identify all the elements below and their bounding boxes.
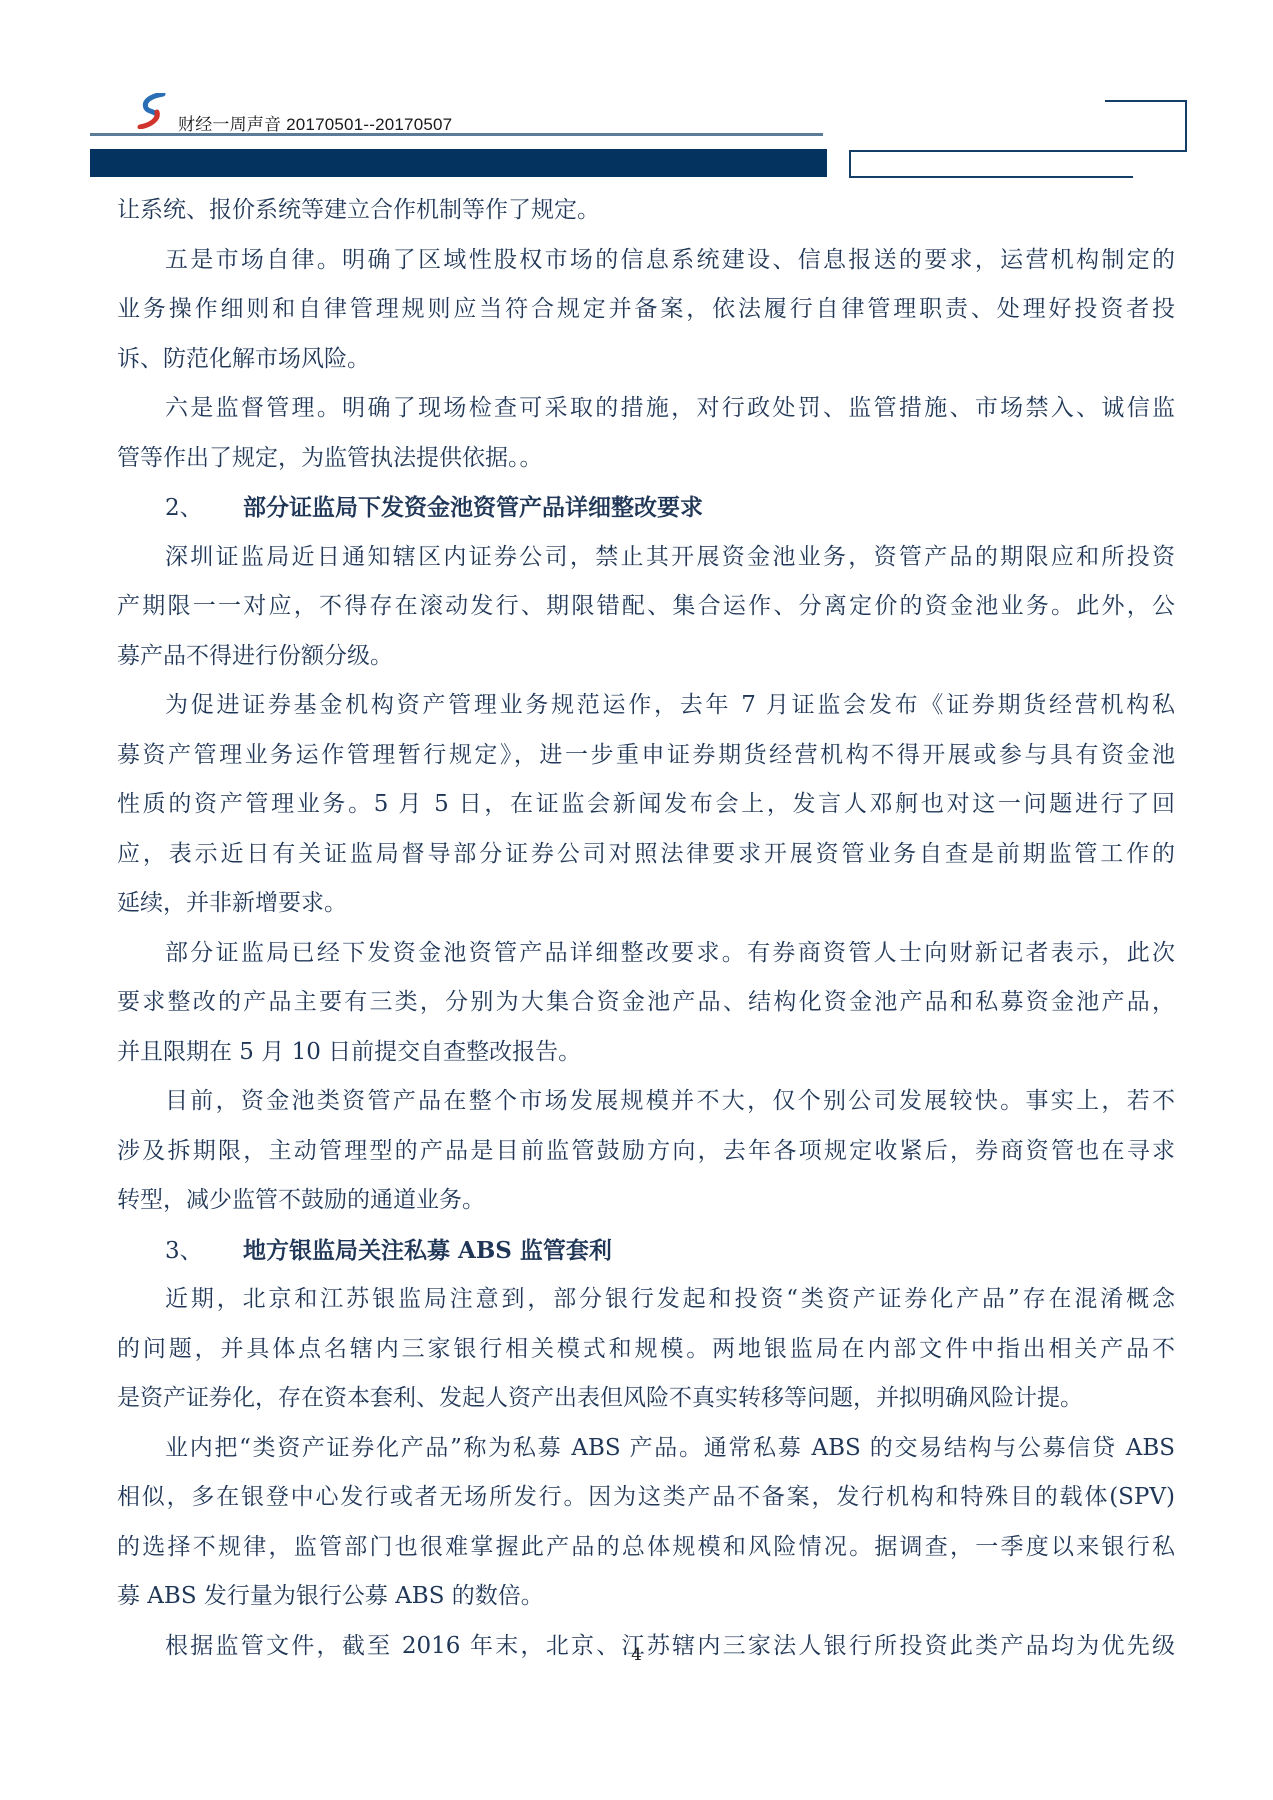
text-line: 产期限一一对应，不得存在滚动发行、期限错配、集合运作、分离定价的资金池业务。此外…	[117, 582, 1175, 632]
paragraph: 部分证监局已经下发资金池资管产品详细整改要求。有券商资管人士向财新记者表示，此次…	[117, 929, 1175, 1078]
section-heading: 2、部分证监局下发资金池资管产品详细整改要求	[117, 483, 1175, 533]
header-thin-rule	[90, 133, 823, 136]
document-body: 让系统、报价系统等建立合作机制等作了规定。五是市场自律。明确了区域性股权市场的信…	[117, 186, 1175, 1671]
text-line: 性质的资产管理业务。5 月 5 日，在证监会新闻发布会上，发言人邓舸也对这一问题…	[117, 780, 1175, 830]
header-bracket-decoration-top	[1105, 100, 1187, 152]
text-line: 是资产证券化，存在资本套利、发起人资产出表但风险不真实转移等问题，并拟明确风险计…	[117, 1374, 1175, 1424]
text-line: 六是监督管理。明确了现场检查可采取的措施，对行政处罚、监管措施、市场禁入、诚信监	[117, 384, 1175, 434]
text-line: 募产品不得进行份额分级。	[117, 632, 1175, 682]
header-title: 财经一周声音 20170501--20170507	[178, 110, 452, 135]
text-line: 涉及拆期限，主动管理型的产品是目前监管鼓励方向，去年各项规定收紧后，券商资管也在…	[117, 1127, 1175, 1177]
text-line: 的问题，并具体点名辖内三家银行相关模式和规模。两地银监局在内部文件中指出相关产品…	[117, 1325, 1175, 1375]
text-line: 募资产管理业务运作管理暂行规定》，进一步重申证券期货经营机构不得开展或参与具有资…	[117, 731, 1175, 781]
page-header: 财经一周声音 20170501--20170507	[0, 0, 1273, 190]
text-line: 管等作出了规定，为监管执法提供依据。。	[117, 434, 1175, 484]
text-line: 的选择不规律，监管部门也很难掌握此产品的总体规模和风险情况。据调查，一季度以来银…	[117, 1523, 1175, 1573]
text-line: 延续，并非新增要求。	[117, 879, 1175, 929]
text-line: 目前，资金池类资管产品在整个市场发展规模并不大，仅个别公司发展较快。事实上，若不	[117, 1077, 1175, 1127]
section-number: 3、	[165, 1227, 243, 1277]
text-line: 近期，北京和江苏银监局注意到，部分银行发起和投资“类资产证券化产品”存在混淆概念	[117, 1275, 1175, 1325]
text-line: 业务操作细则和自律管理规则应当符合规定并备案，依法履行自律管理职责、处理好投资者…	[117, 285, 1175, 335]
paragraph: 目前，资金池类资管产品在整个市场发展规模并不大，仅个别公司发展较快。事实上，若不…	[117, 1077, 1175, 1226]
paragraph: 近期，北京和江苏银监局注意到，部分银行发起和投资“类资产证券化产品”存在混淆概念…	[117, 1275, 1175, 1424]
paragraph: 让系统、报价系统等建立合作机制等作了规定。	[117, 186, 1175, 236]
text-line: 部分证监局已经下发资金池资管产品详细整改要求。有券商资管人士向财新记者表示，此次	[117, 929, 1175, 979]
text-line: 业内把“类资产证券化产品”称为私募 ABS 产品。通常私募 ABS 的交易结构与…	[117, 1424, 1175, 1474]
text-line: 相似，多在银登中心发行或者无场所发行。因为这类产品不备案，发行机构和特殊目的载体…	[117, 1473, 1175, 1523]
text-line: 并且限期在 5 月 10 日前提交自查整改报告。	[117, 1028, 1175, 1078]
text-line: 要求整改的产品主要有三类，分别为大集合资金池产品、结构化资金池产品和私募资金池产…	[117, 978, 1175, 1028]
header-thick-bar	[90, 149, 827, 177]
paragraph: 业内把“类资产证券化产品”称为私募 ABS 产品。通常私募 ABS 的交易结构与…	[117, 1424, 1175, 1622]
header-bracket-decoration-bottom	[849, 150, 1133, 178]
paragraph: 为促进证券基金机构资产管理业务规范运作，去年 7 月证监会发布《证券期货经营机构…	[117, 681, 1175, 929]
text-line: 让系统、报价系统等建立合作机制等作了规定。	[117, 186, 1175, 236]
header-bracket-link-line	[849, 150, 1186, 152]
section-title: 地方银监局关注私募 ABS 监管套利	[243, 1237, 612, 1264]
paragraph: 五是市场自律。明确了区域性股权市场的信息系统建设、信息报送的要求，运营机构制定的…	[117, 236, 1175, 385]
page-number: 4	[0, 1645, 1273, 1665]
text-line: 转型，减少监管不鼓励的通道业务。	[117, 1176, 1175, 1226]
section-title: 部分证监局下发资金池资管产品详细整改要求	[243, 494, 703, 521]
section-number: 2、	[165, 484, 243, 534]
text-line: 诉、防范化解市场风险。	[117, 335, 1175, 385]
text-line: 五是市场自律。明确了区域性股权市场的信息系统建设、信息报送的要求，运营机构制定的	[117, 236, 1175, 286]
text-line: 为促进证券基金机构资产管理业务规范运作，去年 7 月证监会发布《证券期货经营机构…	[117, 681, 1175, 731]
s-swoosh-logo-icon	[137, 93, 167, 129]
paragraph: 六是监督管理。明确了现场检查可采取的措施，对行政处罚、监管措施、市场禁入、诚信监…	[117, 384, 1175, 483]
text-line: 应，表示近日有关证监局督导部分证券公司对照法律要求开展资管业务自查是前期监管工作…	[117, 830, 1175, 880]
section-heading: 3、地方银监局关注私募 ABS 监管套利	[117, 1226, 1175, 1276]
paragraph: 深圳证监局近日通知辖区内证券公司，禁止其开展资金池业务，资管产品的期限应和所投资…	[117, 533, 1175, 682]
text-line: 募 ABS 发行量为银行公募 ABS 的数倍。	[117, 1572, 1175, 1622]
text-line: 深圳证监局近日通知辖区内证券公司，禁止其开展资金池业务，资管产品的期限应和所投资	[117, 533, 1175, 583]
